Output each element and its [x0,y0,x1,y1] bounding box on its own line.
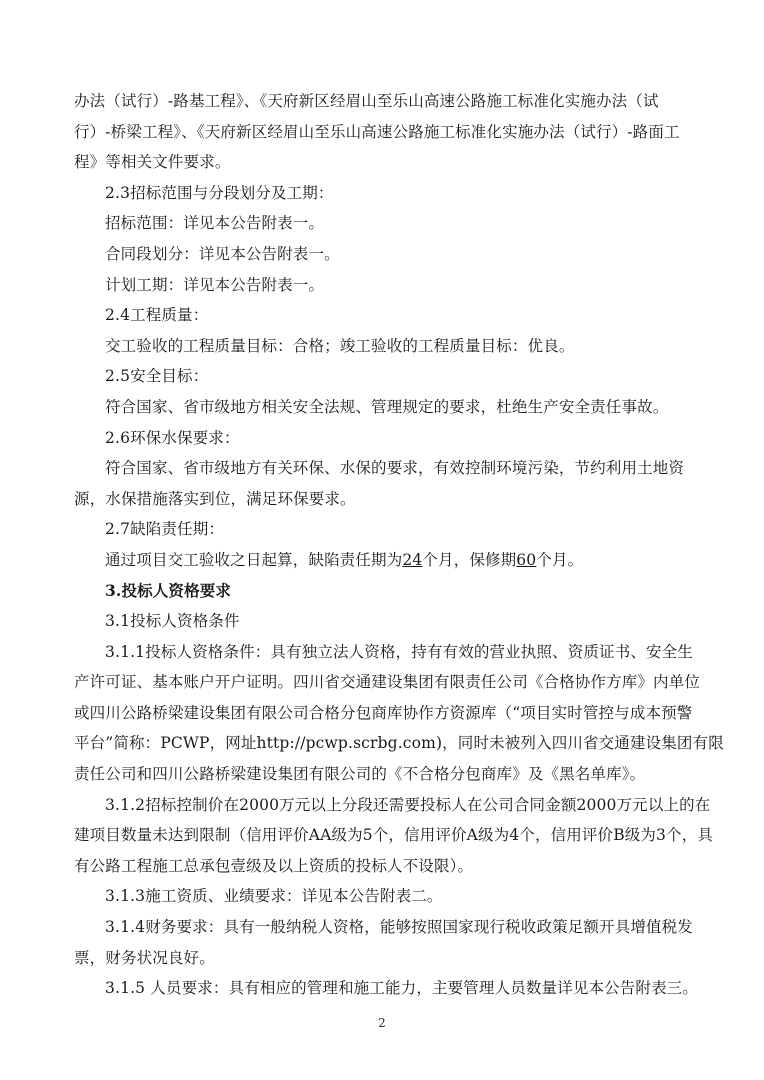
text-line: 有公路工程施工总承包壹级及以上资质的投标人不设限）。 [74,851,692,882]
section-heading-3-1: 3.1投标人资格条件 [74,606,692,637]
text-line: 平台”简称：PCWP，网址http://pcwp.scrbg.com)，同时未被… [74,728,692,759]
text-line: 符合国家、省市级地方有关环保、水保的要求，有效控制环境污染，节约利用土地资 [74,453,692,484]
text-line: 责任公司和四川公路桥梁建设集团有限公司的《不合格分包商库》及《黑名单库》。 [74,759,692,790]
defect-period-line: 通过项目交工验收之日起算，缺陷责任期为24个月，保修期60个月。 [74,545,692,576]
defect-middle: 个月，保修期 [422,551,516,569]
text-line: 票，财务状况良好。 [74,943,692,974]
text-line: 3.1.4财务要求：具有一般纳税人资格，能够按照国家现行税收政策足额开具增值税发 [74,912,692,943]
section-heading-2-6: 2.6环保水保要求： [74,423,692,454]
text-line: 或四川公路桥梁建设集团有限公司合格分包商库协作方资源库（“项目实时管控与成本预警 [74,698,692,729]
section-heading-2-3: 2.3招标范围与分段划分及工期： [74,178,692,209]
text-line: 交工验收的工程质量目标：合格；竣工验收的工程质量目标：优良。 [74,331,692,362]
text-line: 3.1.1投标人资格条件：具有独立法人资格，持有有效的营业执照、资质证书、安全生 [74,637,692,668]
defect-suffix: 个月。 [536,551,583,569]
text-line: 3.1.5 人员要求：具有相应的管理和施工能力，主要管理人员数量详见本公告附表三… [74,973,692,1004]
text-line: 计划工期：详见本公告附表一。 [74,270,692,301]
defect-prefix: 通过项目交工验收之日起算，缺陷责任期为 [105,551,402,569]
section-heading-2-7: 2.7缺陷责任期： [74,514,692,545]
section-heading-3: 3.投标人资格要求 [74,576,692,607]
text-line: 合同段划分：详见本公告附表一。 [74,239,692,270]
text-line: 建项目数量未达到限制（信用评价AA级为5个，信用评价A级为4个，信用评价B级为3… [74,820,692,851]
document-page: 办法（试行）-路基工程》、《天府新区经眉山至乐山高速公路施工标准化实施办法（试 … [74,86,692,1004]
page-number: 2 [0,1016,764,1030]
section-heading-2-4: 2.4工程质量： [74,300,692,331]
text-line: 行）-桥梁工程》、《天府新区经眉山至乐山高速公路施工标准化实施办法（试行）-路面… [74,117,692,148]
text-line: 3.1.3施工资质、业绩要求：详见本公告附表二。 [74,881,692,912]
text-line: 符合国家、省市级地方相关安全法规、管理规定的要求，杜绝生产安全责任事故。 [74,392,692,423]
text-line: 程》等相关文件要求。 [74,147,692,178]
text-line: 办法（试行）-路基工程》、《天府新区经眉山至乐山高速公路施工标准化实施办法（试 [74,86,692,117]
defect-months-value: 24 [402,551,422,569]
text-line: 产许可证、基本账户开户证明。四川省交通建设集团有限责任公司《合格协作方库》内单位 [74,667,692,698]
text-line: 招标范围：详见本公告附表一。 [74,208,692,239]
text-line: 3.1.2招标控制价在2000万元以上分段还需要投标人在公司合同金额2000万元… [74,790,692,821]
text-line: 源，水保措施落实到位，满足环保要求。 [74,484,692,515]
section-heading-2-5: 2.5安全目标： [74,361,692,392]
warranty-months-value: 60 [516,551,536,569]
